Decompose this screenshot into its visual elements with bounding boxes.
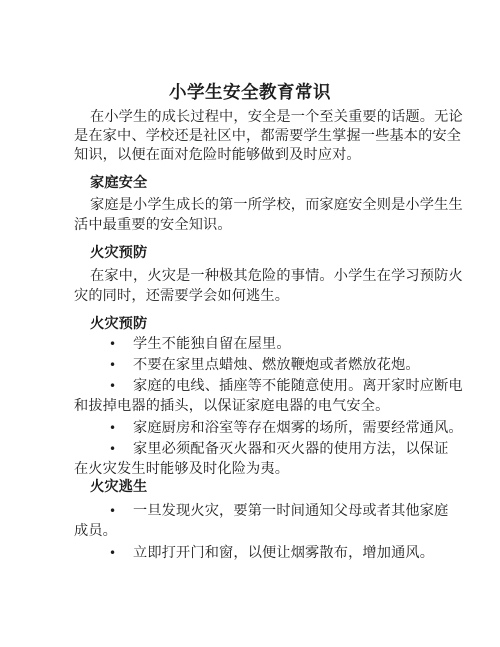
list-item-text-wrap: 在火灾发生时能够及时化险为夷。 (74, 460, 289, 478)
intro-line-2: 是在家中、学校还是社区中，都需要学生掌握一些基本的安全 (74, 127, 461, 145)
document-title: 小学生安全教育常识 (0, 82, 500, 104)
list-item-text-wrap: 成员。 (74, 522, 117, 540)
paragraph-line: 活中最重要的安全知识。 (74, 216, 232, 234)
list-item-text: 立即打开门和窗，以便让烟雾散布，增加通风。 (133, 544, 434, 562)
list-item-text: 家庭的电线、插座等不能随意使用。离开家时应断电 (133, 377, 463, 395)
list-item-text: 不要在家里点蜡烛、燃放鞭炮或者燃放花炮。 (133, 356, 420, 374)
list-item-text: 家庭厨房和浴室等存在烟雾的场所，需要经常通风。 (133, 419, 463, 437)
section-heading: 火灾逃生 (90, 478, 147, 496)
section-heading: 火灾预防 (90, 315, 147, 333)
bullet-icon: • (109, 502, 115, 520)
paragraph-line: 家庭是小学生成长的第一所学校，而家庭安全则是小学生生 (90, 196, 463, 214)
bullet-icon: • (109, 440, 115, 458)
paragraph-line: 灾的同时，还需要学会如何逃生。 (74, 287, 289, 305)
bullet-icon: • (109, 356, 115, 374)
list-item-text: 一旦发现火灾，要第一时间通知父母或者其他家庭 (133, 502, 448, 520)
intro-line-3: 知识，以便在面对危险时能够做到及时应对。 (74, 146, 361, 164)
intro-line-1: 在小学生的成长过程中，安全是一个至关重要的话题。无论 (90, 108, 463, 126)
bullet-icon: • (109, 335, 115, 353)
section-heading: 火灾预防 (90, 244, 147, 262)
bullet-icon: • (109, 419, 115, 437)
list-item-text: 学生不能独自留在屋里。 (133, 335, 291, 353)
section-heading: 家庭安全 (90, 174, 147, 192)
bullet-icon: • (109, 377, 115, 395)
bullet-icon: • (109, 544, 115, 562)
paragraph-line: 在家中，火灾是一种极其危险的事情。小学生在学习预防火 (90, 267, 463, 285)
list-item-text-wrap: 和拔掉电器的插头，以保证家庭电器的电气安全。 (74, 397, 389, 415)
list-item-text: 家里必须配备灭火器和灭火器的使用方法，以保证 (133, 440, 448, 458)
document-page: 小学生安全教育常识 在小学生的成长过程中，安全是一个至关重要的话题。无论 是在家… (0, 0, 500, 647)
